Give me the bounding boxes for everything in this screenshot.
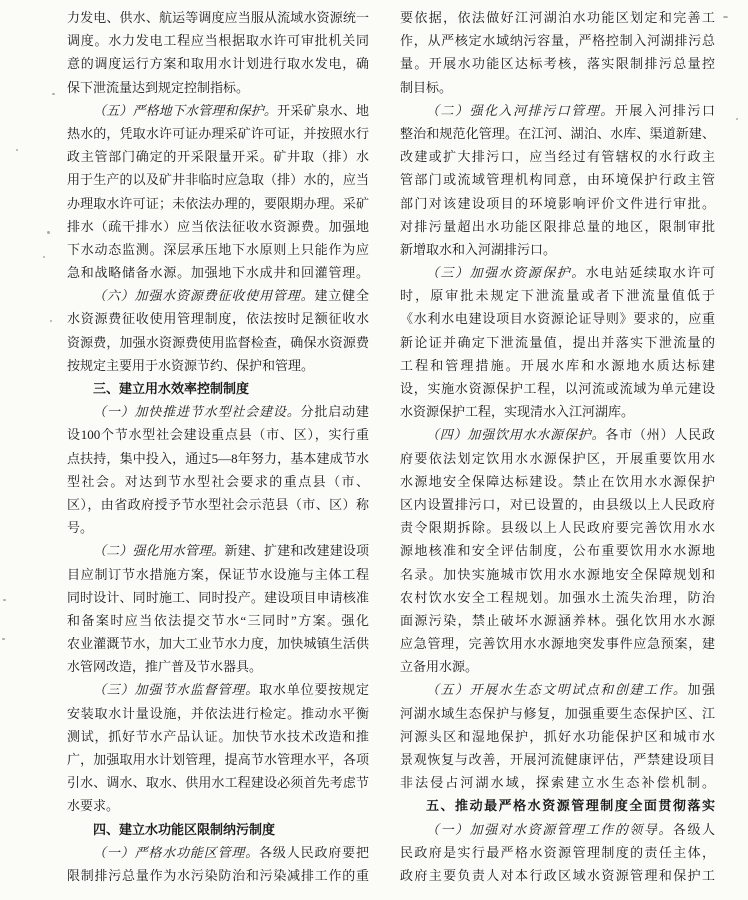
- scan-speck: [16, 149, 18, 151]
- text-segment: 设100个节水型社会建设重点县（市、区），实行重: [67, 427, 369, 442]
- text-line: 河源头区和湿地保护，抓好水功能保护区和城市水: [400, 725, 715, 748]
- text-segment: 调度。水力发电工程应当根据取水许可审批机关同: [67, 33, 369, 48]
- text-segment: 安装取水计量设施，并依法进行检定。推动水平衡: [67, 706, 369, 721]
- text-segment: 农业灌溉节水，加大工业节水力度，加快城镇生活供: [67, 636, 369, 651]
- text-segment: 作，从严核定水域纳污容量，严格控制入河湖排污总: [400, 33, 715, 48]
- text-segment: 下水动态监测。深层承压地下水原则上只能作为应: [67, 242, 369, 257]
- text-line: 广，加强取用水计划管理，提高节水管理水平，各项: [67, 748, 369, 771]
- text-segment: 各级人: [673, 822, 715, 837]
- text-segment: 水资源保护工程，实现清水入江河湖库。: [400, 404, 634, 419]
- text-segment: 开展入河排污口: [615, 103, 715, 118]
- text-segment: 按规定主要用于水资源节约、保护和管理。: [67, 358, 314, 373]
- text-segment: 河湖水域生态保护与修复，加强重要生态保护区、江: [400, 706, 715, 721]
- text-segment: 景观恢复与改善，开展河流健康评估，严禁建设项目: [400, 752, 715, 767]
- item-title-kai: （二）强化入河排污口管理。: [426, 103, 615, 118]
- text-line: 排水（疏干排水）应当依法征收水资源费。加强地: [67, 215, 369, 238]
- item-title-kai: （四）加强饮用水水源保护。: [426, 427, 605, 442]
- text-line: 时，原审批未规定下泄流量或者下泄流量值低于: [400, 284, 715, 307]
- text-segment: 三、建立用水效率控制制度: [93, 381, 249, 396]
- text-line: 景观恢复与改善，开展河流健康评估，严禁建设项目: [400, 748, 715, 771]
- section-heading: 三、建立用水效率控制制度: [67, 377, 369, 400]
- text-line: （二）强化用水管理。新建、扩建和改建建设项: [67, 539, 369, 562]
- text-segment: 新增取水和入河湖排污口。: [400, 242, 556, 257]
- text-line: 型社会。对达到节水型社会要求的重点县（市、: [67, 470, 369, 493]
- text-line: 立备用水源。: [400, 655, 715, 678]
- text-segment: 同时设计、同时施工、同时投产。建设项目申请核准: [67, 590, 369, 605]
- text-segment: 政府主要负责人对本行政区域水资源管理和保护工: [400, 868, 715, 883]
- item-title-kai: （三）加强水资源保护。: [426, 265, 586, 280]
- text-line: 农村饮水安全工程规划。加强水土流失治理，防治: [400, 586, 715, 609]
- text-segment: 和备案时应当依法提交节水“三同时”方案。强化: [67, 613, 369, 628]
- text-line: （五）严格地下水管理和保护。开采矿泉水、地: [67, 99, 369, 122]
- text-segment: 立备用水源。: [400, 659, 478, 674]
- text-line: 要依据，依法做好江河湖泊水功能区划定和完善工: [400, 6, 715, 29]
- text-line: 限制排污总量作为水污染防治和污染减排工作的重: [67, 864, 369, 887]
- text-line: 源地核准和安全评估制度，公布重要饮用水水源地: [400, 539, 715, 562]
- text-line: 办理取水许可证；未依法办理的，要限期办理。采矿: [67, 192, 369, 215]
- text-line: 设，实施水资源保护工程，以河流或流域为单元建设: [400, 377, 715, 400]
- text-segment: 时，原审批未规定下泄流量或者下泄流量值低于: [400, 288, 715, 303]
- text-line: （三）加强水资源保护。水电站延续取水许可: [400, 261, 715, 284]
- text-line: 意的调度运行方案和取用水计划进行取水发电，确: [67, 52, 369, 75]
- text-line: 水资源费征收使用管理制度，依法按时足额征收水: [67, 307, 369, 330]
- text-line: 整治和规范化管理。在江河、湖泊、水库、渠道新建、: [400, 122, 715, 145]
- text-segment: 《水利水电建设项目水资源论证导则》要求的，应重: [400, 311, 715, 326]
- text-segment: 工程和管理措施。开展水库和水源地水质达标建: [400, 358, 715, 373]
- text-segment: 保下泄流量达到规定控制指标。: [67, 80, 249, 95]
- right-text-column: 要依据，依法做好江河湖泊水功能区划定和完善工作，从严核定水域纳污容量，严格控制入…: [400, 6, 715, 887]
- text-segment: 管部门或流域管理机构同意，由环境保护行政主管: [400, 172, 715, 187]
- text-line: 目应制订节水措施方案，保证节水设施与主体工程: [67, 563, 369, 586]
- text-line: 工程和管理措施。开展水库和水源地水质达标建: [400, 354, 715, 377]
- text-segment: 测试，抓好节水产品认证。加快节水技术改造和推: [67, 729, 369, 744]
- text-line: （六）加强水资源费征收使用管理。建立健全: [67, 284, 369, 307]
- scanned-document-page: 力发电、供水、航运等调度应当服从流域水资源统一调度。水力发电工程应当根据取水许可…: [0, 0, 748, 900]
- text-line: 名录。加快实施城市饮用水水源地安全保障规划和: [400, 563, 715, 586]
- text-segment: 水要求。: [67, 798, 119, 813]
- text-line: 改建或扩大排污口，应当经过有管辖权的水行政主: [400, 145, 715, 168]
- text-segment: 水源地安全保障达标建设。禁止在饮用水水源保护: [400, 474, 715, 489]
- item-title-kai: （二）强化用水管理。: [93, 543, 225, 558]
- text-segment: 加强: [687, 682, 715, 697]
- text-line: 测试，抓好节水产品认证。加快节水技术改造和推: [67, 725, 369, 748]
- text-line: 政府主要负责人对本行政区域水资源管理和保护工: [400, 864, 715, 887]
- text-segment: 热水的，凭取水许可证办理采矿许可证，并按照水行: [67, 126, 369, 141]
- text-segment: 河源头区和湿地保护，抓好水功能保护区和城市水: [400, 729, 715, 744]
- scan-speck: [47, 231, 50, 234]
- text-segment: 取水单位要按规定: [259, 682, 369, 697]
- text-line: 下水动态监测。深层承压地下水原则上只能作为应: [67, 238, 369, 261]
- text-line: 设100个节水型社会建设重点县（市、区），实行重: [67, 423, 369, 446]
- text-segment: 水资源费征收使用管理制度，依法按时足额征收水: [67, 311, 369, 326]
- text-segment: 区内设置排污口，对已设置的，由县级以上人民政府: [400, 497, 715, 512]
- text-line: 安装取水计量设施，并依法进行检定。推动水平衡: [67, 702, 369, 725]
- text-line: 水源地安全保障达标建设。禁止在饮用水水源保护: [400, 470, 715, 493]
- text-line: 水资源保护工程，实现清水入江河湖库。: [400, 400, 715, 423]
- text-line: 面源污染，禁止破坏水源涵养林。强化饮用水水源: [400, 609, 715, 632]
- text-segment: 排水（疏干排水）应当依法征收水资源费。加强地: [67, 219, 369, 234]
- text-segment: 限制排污总量作为水污染防治和污染减排工作的重: [67, 868, 369, 883]
- text-segment: 广，加强取用水计划管理，提高节水管理水平，各项: [67, 752, 369, 767]
- scan-speck: [50, 320, 52, 322]
- text-segment: 责令限期拆除。县级以上人民政府要完善饮用水水: [400, 520, 715, 535]
- text-segment: 开采矿泉水、地: [277, 103, 369, 118]
- text-line: 量。开展水功能区达标考核，落实限制排污总量控: [400, 52, 715, 75]
- text-line: 新论证并确定下泄流量值，提出并落实下泄流量的: [400, 331, 715, 354]
- text-line: 政主管部门确定的开采限量开采。矿井取（排）水: [67, 145, 369, 168]
- text-segment: 府要依法划定饮用水水源保护区，开展重要饮用水: [400, 451, 715, 466]
- text-line: 非法侵占河湖水域，探索建立水生态补偿机制。: [400, 771, 715, 794]
- text-segment: 各市（州）人民政: [605, 427, 715, 442]
- text-line: （一）加快推进节水型社会建设。分批启动建: [67, 400, 369, 423]
- text-line: 应急管理，完善饮用水水源地突发事件应急预案，建: [400, 632, 715, 655]
- text-line: 引水、调水、取水、供用水工程建设必须首先考虑节: [67, 771, 369, 794]
- item-title-kai: （五）开展水生态文明试点和创建工作。: [426, 682, 687, 697]
- item-title-kai: （五）严格地下水管理和保护。: [93, 103, 277, 118]
- item-title-kai: （一）加强对水资源管理工作的领导。: [426, 822, 673, 837]
- text-line: 责令限期拆除。县级以上人民政府要完善饮用水水: [400, 516, 715, 539]
- text-line: 部门对该建设项目的环境影响评价文件进行审批。: [400, 192, 715, 215]
- text-line: （三）加强节水监督管理。取水单位要按规定: [67, 678, 369, 701]
- text-segment: 水管网改造，推广普及节水器具。: [67, 659, 262, 674]
- text-segment: 对排污量超出水功能区限排总量的地区，限制审批: [400, 219, 715, 234]
- scan-speck: [3, 599, 6, 601]
- text-segment: 设，实施水资源保护工程，以河流或流域为单元建设: [400, 381, 715, 396]
- text-line: 水要求。: [67, 794, 369, 817]
- text-segment: 资源费，加强水资源费使用监督检查，确保水资源费: [67, 335, 369, 350]
- text-segment: 政主管部门确定的开采限量开采。矿井取（排）水: [67, 149, 369, 164]
- scan-speck: [2, 638, 5, 640]
- text-segment: 要依据，依法做好江河湖泊水功能区划定和完善工: [400, 10, 715, 25]
- text-segment: 急和战略储备水源。加强地下水成井和回灌管理。: [67, 265, 369, 280]
- scan-speck: [723, 16, 728, 18]
- text-line: （五）开展水生态文明试点和创建工作。加强: [400, 678, 715, 701]
- text-segment: 点扶持，集中投入，通过5—8年努力，基本建成节水: [67, 451, 369, 466]
- text-line: 资源费，加强水资源费使用监督检查，确保水资源费: [67, 331, 369, 354]
- text-line: （二）强化入河排污口管理。开展入河排污口: [400, 99, 715, 122]
- text-segment: 号。: [67, 520, 93, 535]
- text-segment: 目应制订节水措施方案，保证节水设施与主体工程: [67, 567, 369, 582]
- scan-speck: [736, 118, 738, 120]
- text-segment: 面源污染，禁止破坏水源涵养林。强化饮用水水源: [400, 613, 715, 628]
- text-segment: 新论证并确定下泄流量值，提出并落实下泄流量的: [400, 335, 715, 350]
- text-line: （一）加强对水资源管理工作的领导。各级人: [400, 818, 715, 841]
- text-segment: 建立健全: [314, 288, 369, 303]
- text-line: 《水利水电建设项目水资源论证导则》要求的，应重: [400, 307, 715, 330]
- text-segment: 农村饮水安全工程规划。加强水土流失治理，防治: [400, 590, 715, 605]
- text-segment: 力发电、供水、航运等调度应当服从流域水资源统一: [67, 10, 369, 25]
- text-line: 区内设置排污口，对已设置的，由县级以上人民政府: [400, 493, 715, 516]
- text-line: 制目标。: [400, 76, 715, 99]
- text-segment: 四、建立水功能区限制纳污制度: [93, 822, 275, 837]
- text-segment: 制目标。: [400, 80, 452, 95]
- text-segment: 引水、调水、取水、供用水工程建设必须首先考虑节: [67, 775, 369, 790]
- text-segment: 分批启动建: [301, 404, 369, 419]
- text-segment: 整治和规范化管理。在江河、湖泊、水库、渠道新建、: [400, 126, 715, 141]
- text-line: 河湖水域生态保护与修复，加强重要生态保护区、江: [400, 702, 715, 725]
- text-segment: 办理取水许可证；未依法办理的，要限期办理。采矿: [67, 196, 369, 211]
- item-title-kai: （一）严格水功能区管理。: [93, 845, 259, 860]
- text-segment: 部门对该建设项目的环境影响评价文件进行审批。: [400, 196, 715, 211]
- item-title-kai: （三）加强节水监督管理。: [93, 682, 259, 697]
- text-segment: 用于生产的以及矿井非临时应急取（排）水的，应当: [67, 172, 369, 187]
- text-line: 调度。水力发电工程应当根据取水许可审批机关同: [67, 29, 369, 52]
- text-line: 对排污量超出水功能区限排总量的地区，限制审批: [400, 215, 715, 238]
- text-segment: 名录。加快实施城市饮用水水源地安全保障规划和: [400, 567, 715, 582]
- text-line: 按规定主要用于水资源节约、保护和管理。: [67, 354, 369, 377]
- text-line: （一）严格水功能区管理。各级人民政府要把: [67, 841, 369, 864]
- text-line: 区），由省政府授予节水型社会示范县（市、区）称: [67, 493, 369, 516]
- item-title-kai: （一）加快推进节水型社会建设。: [93, 404, 301, 419]
- item-title-kai: （六）加强水资源费征收使用管理。: [93, 288, 314, 303]
- text-line: 同时设计、同时施工、同时投产。建设项目申请核准: [67, 586, 369, 609]
- left-text-column: 力发电、供水、航运等调度应当服从流域水资源统一调度。水力发电工程应当根据取水许可…: [67, 6, 369, 887]
- text-segment: 新建、扩建和改建建设项: [225, 543, 370, 558]
- text-line: 府要依法划定饮用水水源保护区，开展重要饮用水: [400, 447, 715, 470]
- text-line: 水管网改造，推广普及节水器具。: [67, 655, 369, 678]
- text-line: 管部门或流域管理机构同意，由环境保护行政主管: [400, 168, 715, 191]
- scan-speck: [43, 256, 45, 258]
- text-line: 民政府是实行最严格水资源管理制度的责任主体，: [400, 841, 715, 864]
- text-segment: 区），由省政府授予节水型社会示范县（市、区）称: [67, 497, 369, 512]
- text-segment: 源地核准和安全评估制度，公布重要饮用水水源地: [400, 543, 715, 558]
- text-segment: 五、推动最严格水资源管理制度全面贯彻落实: [426, 798, 715, 813]
- text-segment: 改建或扩大排污口，应当经过有管辖权的水行政主: [400, 149, 715, 164]
- text-segment: 水电站延续取水许可: [586, 265, 715, 280]
- section-heading: 五、推动最严格水资源管理制度全面贯彻落实: [400, 794, 715, 817]
- text-line: 作，从严核定水域纳污容量，严格控制入河湖排污总: [400, 29, 715, 52]
- text-segment: 应急管理，完善饮用水水源地突发事件应急预案，建: [400, 636, 715, 651]
- text-line: 和备案时应当依法提交节水“三同时”方案。强化: [67, 609, 369, 632]
- section-heading: 四、建立水功能区限制纳污制度: [67, 818, 369, 841]
- text-segment: 民政府是实行最严格水资源管理制度的责任主体，: [400, 845, 715, 860]
- text-line: 用于生产的以及矿井非临时应急取（排）水的，应当: [67, 168, 369, 191]
- text-line: （四）加强饮用水水源保护。各市（州）人民政: [400, 423, 715, 446]
- text-line: 力发电、供水、航运等调度应当服从流域水资源统一: [67, 6, 369, 29]
- scan-speck: [52, 93, 55, 95]
- text-line: 新增取水和入河湖排污口。: [400, 238, 715, 261]
- text-line: 热水的，凭取水许可证办理采矿许可证，并按照水行: [67, 122, 369, 145]
- text-line: 号。: [67, 516, 369, 539]
- text-segment: 型社会。对达到节水型社会要求的重点县（市、: [67, 474, 369, 489]
- text-segment: 意的调度运行方案和取用水计划进行取水发电，确: [67, 56, 369, 71]
- text-line: 急和战略储备水源。加强地下水成井和回灌管理。: [67, 261, 369, 284]
- text-line: 点扶持，集中投入，通过5—8年努力，基本建成节水: [67, 447, 369, 470]
- text-line: 保下泄流量达到规定控制指标。: [67, 76, 369, 99]
- text-segment: 非法侵占河湖水域，探索建立水生态补偿机制。: [400, 775, 715, 790]
- text-segment: 各级人民政府要把: [259, 845, 369, 860]
- text-segment: 量。开展水功能区达标考核，落实限制排污总量控: [400, 56, 715, 71]
- text-line: 农业灌溉节水，加大工业节水力度，加快城镇生活供: [67, 632, 369, 655]
